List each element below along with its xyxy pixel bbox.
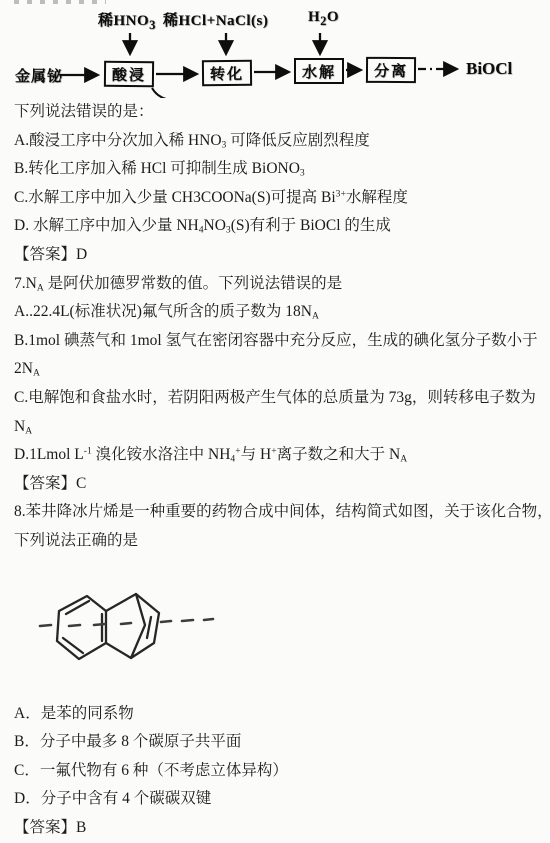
document-body: 下列说法错误的是： A.酸浸工序中分次加入稀 HNO3 可降低反应剧烈程度 B.…	[0, 98, 550, 842]
reagent-label-hno3: 稀HNO3	[98, 9, 156, 33]
q7-option-c-line2: NA	[14, 413, 550, 442]
q7-option-c-line1: C.电解饱和食盐水时，若阴阳两极产生气体的总质量为 73g，则转移电子数为	[14, 384, 550, 413]
reagent-label-hcl-nacl: 稀HCl+NaCl(s)	[163, 9, 268, 30]
q7-answer: 【答案】C	[14, 470, 550, 499]
scan-fold-dashes	[40, 619, 213, 626]
q8-answer: 【答案】B	[14, 814, 550, 843]
reagent-label-water: H2O	[308, 9, 339, 29]
q8-option-b: B．分子中最多 8 个碳原子共平面	[14, 728, 550, 757]
q8-option-d: D．分子中含有 4 个碳碳双键	[14, 785, 550, 814]
q8-option-a: A．是苯的同系物	[14, 700, 550, 729]
flow-step-acid-leach: 酸浸	[104, 61, 154, 88]
q6-answer: 【答案】D	[14, 241, 550, 270]
q6-option-b: B.转化工序加入稀 HCl 可抑制生成 BiONO3	[14, 155, 550, 184]
q7-stem: 7.NA 是阿伏加德罗常数的值。下列说法错误的是	[14, 270, 550, 299]
q6-option-c: C.水解工序中加入少量 CH3COONa(S)可提高 Bi3+水解程度	[14, 184, 550, 213]
scanned-exam-page: 稀HNO3 稀HCl+NaCl(s) H2O 金属铋 酸浸 转化 水解 分离 B…	[0, 0, 550, 843]
q6-option-d: D. 水解工序中加入少量 NH4NO3(S)有利于 BiOCl 的生成	[14, 212, 550, 241]
q7-option-b-line2: 2NA	[14, 355, 550, 384]
flow-step-hydrolysis: 水解	[294, 58, 344, 84]
q8-stem-line1: 8.苯井降冰片烯是一种重要的药物合成中间体，结构简式如图，关于该化合物，	[14, 498, 550, 527]
q7-option-d: D.1Lmol L-1 溴化铵水洛注中 NH4+与 H+离子数之和大于 NA	[14, 441, 550, 470]
q7-option-a: A..22.4L(标准状况)氟气所含的质子数为 18NA	[14, 298, 550, 327]
scan-stroke-artifact	[152, 88, 181, 98]
flow-source-label: 金属铋	[15, 65, 63, 86]
benzonorbornadiene-structure	[32, 563, 222, 696]
flow-arrows	[0, 0, 550, 98]
q6-stem: 下列说法错误的是：	[14, 98, 550, 127]
process-flow-diagram: 稀HNO3 稀HCl+NaCl(s) H2O 金属铋 酸浸 转化 水解 分离 B…	[0, 0, 550, 98]
q8-stem-line2: 下列说法正确的是	[14, 527, 550, 556]
flow-product-label: BiOCl	[466, 59, 512, 79]
q7-option-b-line1: B.1mol 碘蒸气和 1mol 氢气在密闭容器中充分反应，生成的碘化氢分子数小…	[14, 327, 550, 356]
flow-step-conversion: 转化	[202, 60, 252, 87]
q6-option-a: A.酸浸工序中分次加入稀 HNO3 可降低反应剧烈程度	[14, 127, 550, 156]
flow-step-separation: 分离	[366, 57, 416, 83]
q8-option-c: C．一氟代物有 6 种（不考虑立体异构）	[14, 757, 550, 786]
